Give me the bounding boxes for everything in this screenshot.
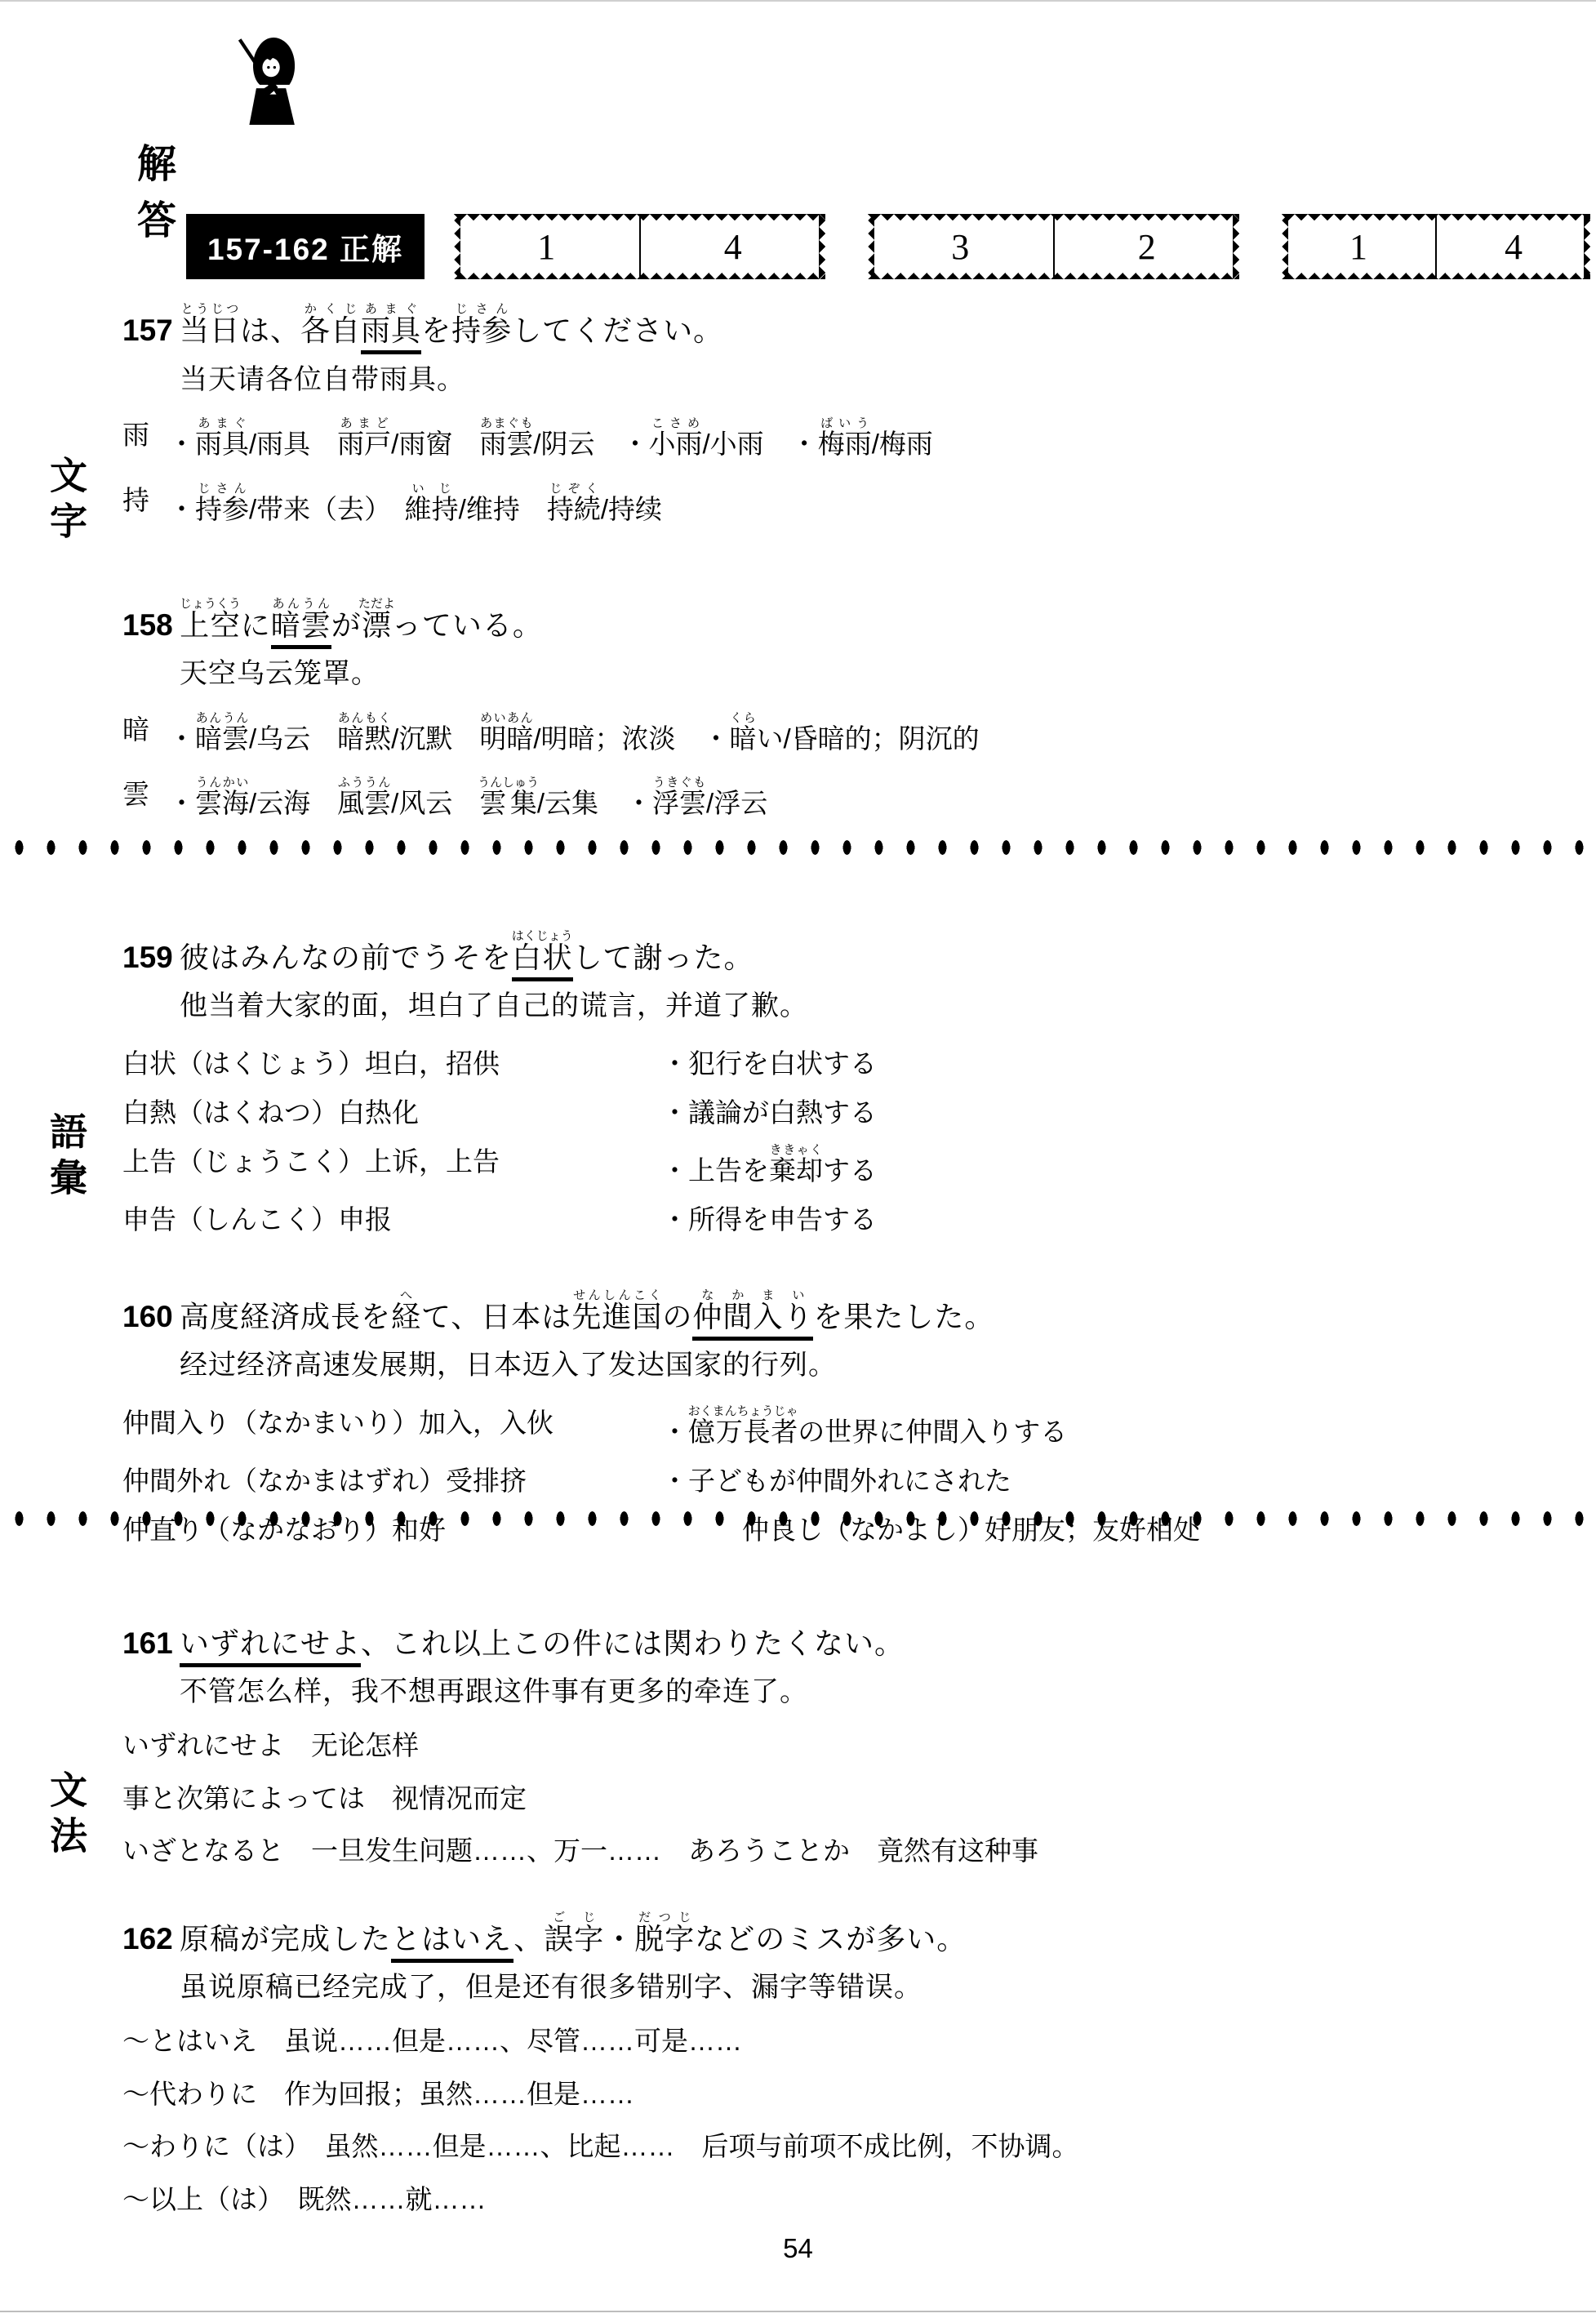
question-sentence-row: 158 上空じょうくうに暗雲あんうんが漂ただよっている。 bbox=[122, 581, 1543, 648]
grammar-note: 〜以上（は） 既然……就…… bbox=[122, 2182, 1543, 2218]
grammar-note: 事と次第によっては 视情况而定 bbox=[122, 1781, 1543, 1817]
page-content: 157 当日とうじつは、各自かくじ雨具あまぐを持参じさんしてください。 当天请各… bbox=[122, 286, 1543, 2218]
question-number: 157 bbox=[122, 308, 180, 354]
question-number: 159 bbox=[122, 935, 180, 981]
entry-term: 白状（はくじょう）坦白，招供 bbox=[122, 1045, 661, 1083]
wavy-left-edge bbox=[454, 214, 460, 279]
vocab-examples: ・持参じさん/带来（去） 維持いじ/维持 持続じぞく/持续 bbox=[168, 482, 662, 528]
entry-term: 白熱（はくねつ）白热化 bbox=[122, 1094, 661, 1132]
answer-box: 3 2 bbox=[868, 214, 1239, 279]
wavy-right-edge bbox=[819, 214, 825, 279]
answer-value: 1 bbox=[454, 214, 639, 279]
question-sentence-row: 162 原稿が完成したとはいえ、誤字ごじ・脱字だつじなどのミスが多い。 bbox=[122, 1894, 1543, 1962]
question-number: 158 bbox=[122, 603, 180, 648]
wavy-left-edge bbox=[1282, 214, 1288, 279]
entry-term: 仲間外れ（なかまはずれ）受排挤 bbox=[122, 1462, 661, 1500]
teacher-illustration-icon bbox=[233, 34, 307, 169]
question-160: 160 高度経済成長を経へて、日本は先進国せんしんこくの仲間入りなかまいを果たし… bbox=[122, 1272, 1543, 1550]
question-sentence-row: 157 当日とうじつは、各自かくじ雨具あまぐを持参じさんしてください。 bbox=[122, 286, 1543, 354]
dictionary-entry-row: 仲間入り（なかまいり）加入，入伙 ・億万長者おくまんちょうじゃの世界に仲間入りす… bbox=[122, 1393, 1543, 1451]
entry-term: 仲直り（なかなおり）和好 bbox=[122, 1511, 661, 1549]
dictionary-entry-row: 上告（じょうこく）上诉，上告 ・上告を棄却ききゃくする bbox=[122, 1132, 1543, 1190]
scan-top-hairline bbox=[0, 0, 1596, 2]
question-sentence: 原稿が完成したとはいえ、誤字ごじ・脱字だつじなどのミスが多い。 bbox=[180, 1911, 967, 1961]
question-sentence-row: 159 彼はみんなの前でうそを白状はくじょうして謝った。 bbox=[122, 913, 1543, 981]
answer-value: 3 bbox=[868, 214, 1053, 279]
scan-bottom-hairline bbox=[0, 2311, 1596, 2312]
entry-term: 申告（しんこく）申报 bbox=[122, 1201, 661, 1239]
dictionary-entry-row: 申告（しんこく）申报 ・所得を申告する bbox=[122, 1190, 1543, 1239]
chinese-translation: 经过经济高速发展期，日本迈入了发达国家的行列。 bbox=[180, 1347, 1543, 1385]
entry-example: ・議論が白熱する bbox=[661, 1094, 877, 1132]
margin-label-moji: 文字 bbox=[39, 456, 93, 547]
vocab-kanji-label: 持 bbox=[122, 482, 168, 528]
chinese-translation: 不管怎么样，我不想再跟这件事有更多的牵连了。 bbox=[180, 1674, 1543, 1711]
dictionary-entry-row: 仲直り（なかなおり）和好 仲良し（なかよし）好朋友；友好相处 bbox=[122, 1500, 1543, 1549]
grammar-note: 〜代わりに 作为回报；虽然……但是…… bbox=[122, 2076, 1543, 2113]
vocab-row: 暗 ・暗雲あんうん/乌云 暗黙あんもく/沉默 明暗めいあん/明暗；浓淡 ・暗くら… bbox=[122, 696, 1543, 758]
textbook-answer-page: 文字 語彙 文法 解答 157-162 正解 1 4 bbox=[0, 0, 1596, 2318]
question-sentence-row: 160 高度経済成長を経へて、日本は先進国せんしんこくの仲間入りなかまいを果たし… bbox=[122, 1272, 1543, 1340]
vocab-row: 雨 ・雨具あまぐ/雨具 雨戸あまど/雨窗 雨雲あまぐも/阴云 ・小雨こさめ/小雨… bbox=[122, 402, 1543, 463]
answer-box: 1 4 bbox=[454, 214, 825, 279]
entry-example: ・億万長者おくまんちょうじゃの世界に仲間入りする bbox=[661, 1404, 1067, 1451]
vocab-row: 持 ・持参じさん/带来（去） 維持いじ/维持 持続じぞく/持续 bbox=[122, 467, 1543, 528]
answer-value: 4 bbox=[1435, 214, 1590, 279]
vocab-kanji-label: 雲 bbox=[122, 776, 168, 822]
dictionary-entry-row: 仲間外れ（なかまはずれ）受排挤 ・子どもが仲間外れにされた bbox=[122, 1451, 1543, 1500]
grammar-note: いざとなると 一旦发生问题……、万一…… あろうことか 竟然有这种事 bbox=[122, 1833, 1543, 1870]
dictionary-entry-row: 白熱（はくねつ）白热化 ・議論が白熱する bbox=[122, 1083, 1543, 1132]
question-157: 157 当日とうじつは、各自かくじ雨具あまぐを持参じさんしてください。 当天请各… bbox=[122, 286, 1543, 528]
answer-value: 1 bbox=[1282, 214, 1435, 279]
question-sentence: いずれにせよ、これ以上この件には関わりたくない。 bbox=[180, 1622, 905, 1666]
chinese-translation: 虽说原稿已经完成了，但是还有很多错别字、漏字等错误。 bbox=[180, 1969, 1543, 2007]
entry-example: ・子どもが仲間外れにされた bbox=[661, 1462, 1011, 1500]
vocab-kanji-label: 雨 bbox=[122, 416, 168, 463]
question-sentence-row: 161 いずれにせよ、これ以上この件には関わりたくない。 bbox=[122, 1611, 1543, 1666]
answer-range-label: 157-162 正解 bbox=[186, 214, 425, 279]
entry-term: 仲間入り（なかまいり）加入，入伙 bbox=[122, 1404, 661, 1451]
dictionary-entry-row: 白状（はくじょう）坦白，招供 ・犯行を白状する bbox=[122, 1034, 1543, 1083]
question-sentence: 彼はみんなの前でうそを白状はくじょうして謝った。 bbox=[180, 929, 754, 980]
vocab-row: 雲 ・雲海うんかい/云海 風雲ふううん/风云 雲集うんしゅう/云集 ・浮雲うきぐ… bbox=[122, 761, 1543, 822]
answer-value: 2 bbox=[1053, 214, 1240, 279]
wavy-right-edge bbox=[1233, 214, 1239, 279]
vocab-examples: ・雲海うんかい/云海 風雲ふううん/风云 雲集うんしゅう/云集 ・浮雲うきぐも/… bbox=[168, 776, 767, 822]
question-sentence: 上空じょうくうに暗雲あんうんが漂ただよっている。 bbox=[180, 597, 543, 647]
question-158: 158 上空じょうくうに暗雲あんうんが漂ただよっている。 天空乌云笼罩。 暗 ・… bbox=[122, 581, 1543, 823]
question-161: 161 いずれにせよ、これ以上この件には関わりたくない。 不管怎么样，我不想再跟… bbox=[122, 1611, 1543, 1870]
grammar-note: 〜わりに（は） 虽然……但是……、比起…… 后项与前项不成比例，不协调。 bbox=[122, 2129, 1543, 2165]
answer-value: 4 bbox=[639, 214, 826, 279]
chinese-translation: 天空乌云笼罩。 bbox=[180, 656, 1543, 693]
answer-key-bar: 157-162 正解 1 4 3 2 1 4 bbox=[0, 214, 1596, 281]
grammar-note: 〜とはいえ 虽说……但是……、尽管……可是…… bbox=[122, 2023, 1543, 2060]
question-159: 159 彼はみんなの前でうそを白状はくじょうして謝った。 他当着大家的面，坦白了… bbox=[122, 913, 1543, 1239]
margin-label-bunpou: 文法 bbox=[39, 1770, 93, 1862]
entry-example: ・犯行を白状する bbox=[661, 1045, 877, 1083]
question-number: 160 bbox=[122, 1294, 180, 1340]
question-number: 161 bbox=[122, 1621, 180, 1666]
question-sentence: 当日とうじつは、各自かくじ雨具あまぐを持参じさんしてください。 bbox=[180, 302, 723, 353]
entry-example: ・上告を棄却ききゃくする bbox=[661, 1143, 877, 1190]
question-162: 162 原稿が完成したとはいえ、誤字ごじ・脱字だつじなどのミスが多い。 虽说原稿… bbox=[122, 1894, 1543, 2218]
wavy-right-edge bbox=[1584, 214, 1590, 279]
vocab-kanji-label: 暗 bbox=[122, 711, 168, 758]
chinese-translation: 他当着大家的面，坦白了自己的谎言，并道了歉。 bbox=[180, 988, 1543, 1026]
wavy-left-edge bbox=[868, 214, 874, 279]
vocab-examples: ・雨具あまぐ/雨具 雨戸あまど/雨窗 雨雲あまぐも/阴云 ・小雨こさめ/小雨 ・… bbox=[168, 416, 933, 463]
margin-label-goi: 語彙 bbox=[39, 1112, 93, 1203]
entry-term: 上告（じょうこく）上诉，上告 bbox=[122, 1143, 661, 1190]
vocab-examples: ・暗雲あんうん/乌云 暗黙あんもく/沉默 明暗めいあん/明暗；浓淡 ・暗くらい/… bbox=[168, 711, 980, 758]
page-number: 54 bbox=[0, 2233, 1596, 2264]
question-number: 162 bbox=[122, 1916, 180, 1962]
entry-example: ・所得を申告する bbox=[661, 1201, 877, 1239]
answer-box: 1 4 bbox=[1282, 214, 1590, 279]
entry-example: 仲良し（なかよし）好朋友；友好相处 bbox=[661, 1511, 1200, 1549]
grammar-note: いずれにせよ 无论怎样 bbox=[122, 1728, 1543, 1764]
question-sentence: 高度経済成長を経へて、日本は先進国せんしんこくの仲間入りなかまいを果たした。 bbox=[180, 1288, 994, 1339]
chinese-translation: 当天请各位自带雨具。 bbox=[180, 362, 1543, 399]
